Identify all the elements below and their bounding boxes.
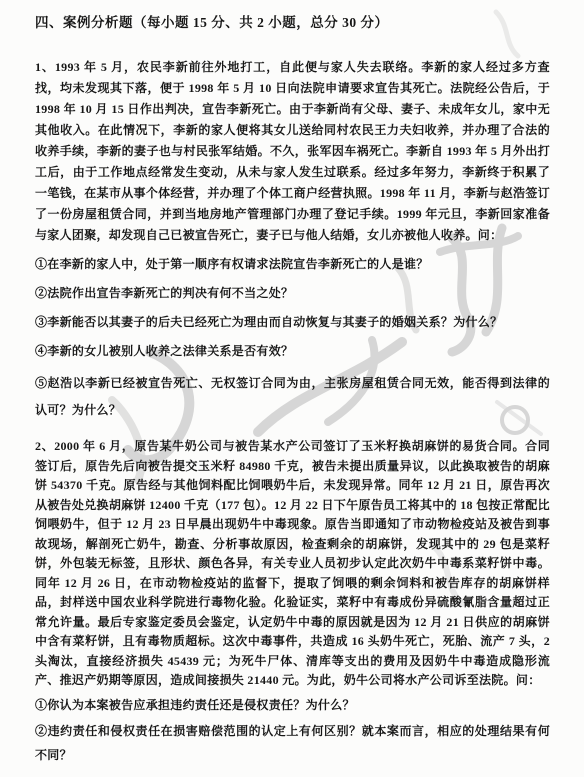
case-2-section: 2、2000 年 6 月，原告某牛奶公司与被告某水产公司签订了玉米籽换胡麻饼的易… xyxy=(35,437,550,767)
section-heading: 四、案例分析题（每小题 15 分、共 2 小题，总分 30 分） xyxy=(35,13,550,33)
case-1-body-text: 1、1993 年 5 月，农民李新前往外地打工，自此便与家人失去联络。李新的家人… xyxy=(35,57,550,246)
case-2-question-2: ②违约责任和侵权责任在损害赔偿范围的认定上有何区别？就本案而言，相应的处理结果有… xyxy=(35,719,550,767)
case-2-question-1: ①你认为本案被告应承担违约责任还是侵权责任？为什么？ xyxy=(35,695,550,715)
case-1-question-5: ⑤赵浩以李新已经被宣告死亡、无权签订合同为由，主张房屋租赁合同无效，能否得到法律… xyxy=(35,370,550,424)
case-2-body-text: 2、2000 年 6 月，原告某牛奶公司与被告某水产公司签订了玉米籽换胡麻饼的易… xyxy=(35,437,550,691)
case-1-question-3: ③李新能否以其妻子的后夫已经死亡为理由而自动恢复与其妻子的婚姻关系？为什么？ xyxy=(35,312,550,333)
case-1-question-1: ①在李新的家人中，处于第一顺序有权请求法院宣告李新死亡的人是谁？ xyxy=(35,254,550,275)
case-1-question-2: ②法院作出宣告李新死亡的判决有何不当之处？ xyxy=(35,283,550,304)
case-1-section: 1、1993 年 5 月，农民李新前往外地打工，自此便与家人失去联络。李新的家人… xyxy=(35,57,550,424)
document-content: 四、案例分析题（每小题 15 分、共 2 小题，总分 30 分） 1、1993 … xyxy=(0,0,584,767)
document-page: 四、案例分析题（每小题 15 分、共 2 小题，总分 30 分） 1、1993 … xyxy=(0,0,584,777)
case-1-question-4: ④李新的女儿被别人收养之法律关系是否有效？ xyxy=(35,341,550,362)
